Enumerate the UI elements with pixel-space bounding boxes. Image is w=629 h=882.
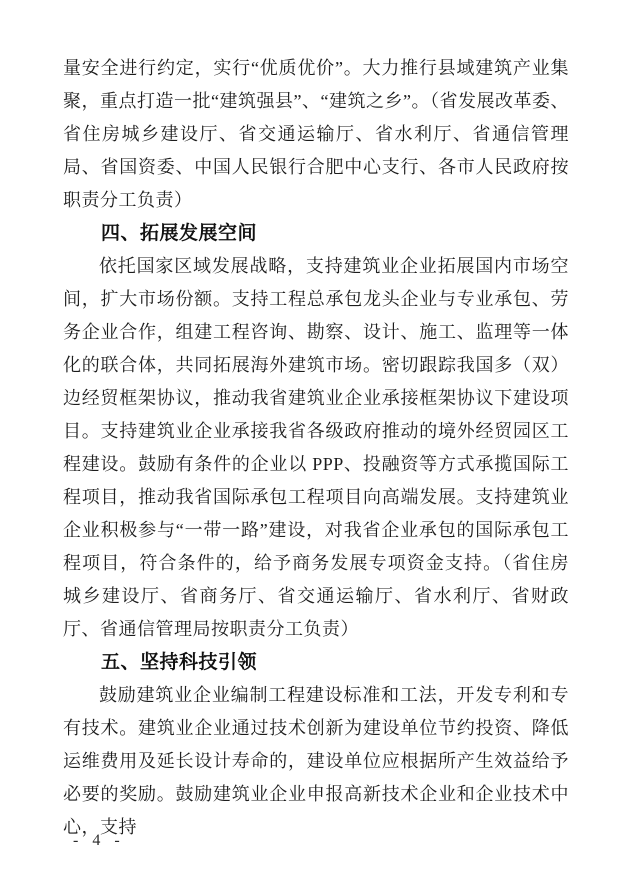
section-heading-4: 四、拓展发展空间	[63, 217, 569, 250]
paragraph-section-5: 鼓励建筑业企业编制工程建设标准和工法，开发专利和专有技术。建筑业企业通过技术创新…	[63, 679, 569, 844]
document-body: 量安全进行约定，实行“优质优价”。大力推行县域建筑产业集聚，重点打造一批“建筑强…	[63, 52, 569, 844]
paragraph-continuation: 量安全进行约定，实行“优质优价”。大力推行县域建筑产业集聚，重点打造一批“建筑强…	[63, 52, 569, 217]
document-page: 量安全进行约定，实行“优质优价”。大力推行县域建筑产业集聚，重点打造一批“建筑强…	[0, 0, 629, 882]
paragraph-section-4: 依托国家区域发展战略，支持建筑业企业拓展国内市场空间，扩大市场份额。支持工程总承…	[63, 250, 569, 646]
page-number: - 4 -	[73, 830, 125, 852]
section-heading-5: 五、坚持科技引领	[63, 646, 569, 679]
